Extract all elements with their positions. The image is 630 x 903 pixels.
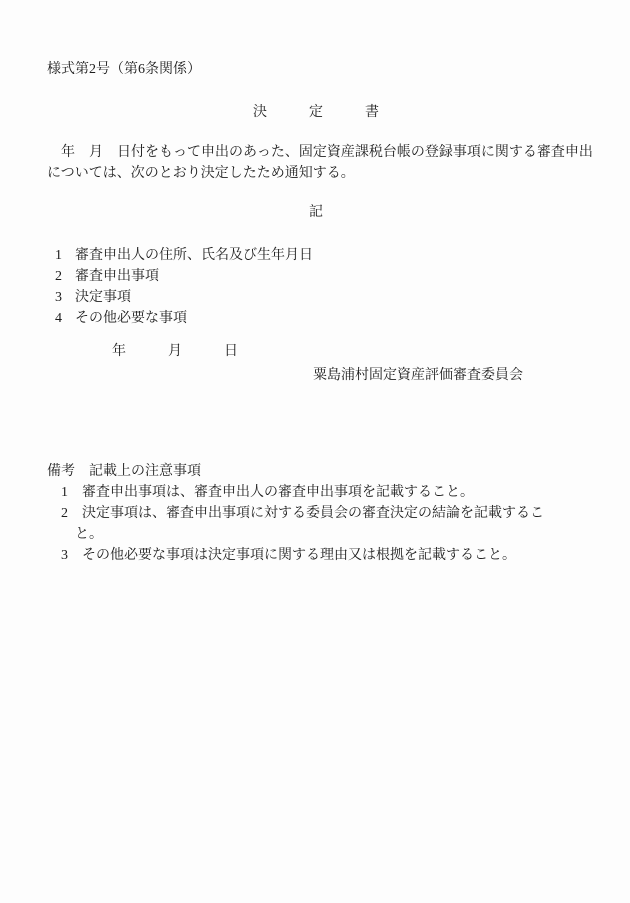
item-number: 1 <box>55 245 61 266</box>
body-line-1: 年 月 日付をもって申出のあった、固定資産課税台帳の登録事項に関する審査申出 <box>47 142 585 163</box>
list-item: 3 決定事項 <box>47 287 585 308</box>
item-number: 4 <box>55 308 61 329</box>
item-number: 3 <box>55 287 61 308</box>
remarks-line-2: 2 決定事項は、審査申出事項に対する委員会の審査決定の結論を記載するこ <box>47 503 585 524</box>
form-number: 様式第2号（第6条関係） <box>47 59 585 80</box>
item-list: 1 審査申出人の住所、氏名及び生年月日 2 審査申出事項 3 決定事項 4 その… <box>47 245 585 329</box>
document-title: 決 定 書 <box>47 102 585 123</box>
item-text: 決定事項 <box>75 287 131 308</box>
item-text: その他必要な事項 <box>75 308 187 329</box>
item-text: 審査申出事項 <box>75 266 159 287</box>
remarks-line-3: 3 その他必要な事項は決定事項に関する理由又は根拠を記載すること。 <box>47 545 585 566</box>
list-item: 1 審査申出人の住所、氏名及び生年月日 <box>47 245 585 266</box>
list-item: 2 審査申出事項 <box>47 266 585 287</box>
date-line: 年 月 日 <box>112 341 585 362</box>
list-item: 4 その他必要な事項 <box>47 308 585 329</box>
remarks-line-1: 1 審査申出事項は、審査申出人の審査申出事項を記載すること。 <box>47 482 585 503</box>
remarks-section: 備考 記載上の注意事項 1 審査申出事項は、審査申出人の審査申出事項を記載するこ… <box>47 461 585 566</box>
remarks-heading: 備考 記載上の注意事項 <box>47 461 585 482</box>
ki-heading: 記 <box>47 202 585 223</box>
document-page: 様式第2号（第6条関係） 決 定 書 年 月 日付をもって申出のあった、固定資産… <box>0 0 630 903</box>
committee-name: 粟島浦村固定資産評価審査委員会 <box>313 365 585 386</box>
body-paragraph: 年 月 日付をもって申出のあった、固定資産課税台帳の登録事項に関する審査申出 に… <box>47 142 585 184</box>
body-line-2: については、次のとおり決定したため通知する。 <box>47 163 585 184</box>
item-number: 2 <box>55 266 61 287</box>
item-text: 審査申出人の住所、氏名及び生年月日 <box>75 245 313 266</box>
remarks-line-2-continued: と。 <box>47 524 585 545</box>
